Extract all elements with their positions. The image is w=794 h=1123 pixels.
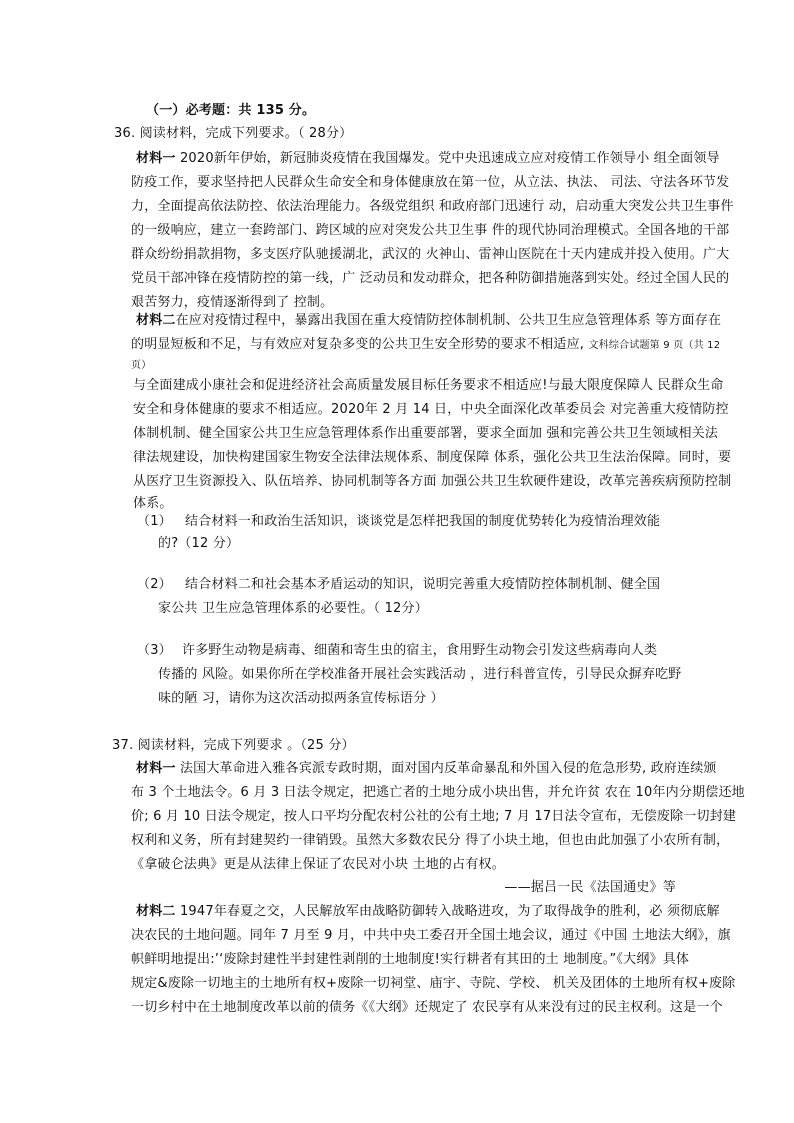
q37-material-1-line: 价; 6 月 10 日法令规定，按人口平均分配农村公社的公有土地; 7 月 17… xyxy=(131,809,736,825)
subquestion-number: （3） xyxy=(137,643,172,659)
subquestion-text: 许多野生动物是病毒、细菌和寄生虫的宿主，食用野生动物会引发这些病毒向人类 xyxy=(182,643,657,659)
q36-material-2-line-1: 材料二在应对疫情过程中，暴露出我国在重大疫情防控体制机制、公共卫生应急管理体系 … xyxy=(136,313,721,329)
q37-material-1-line-1: 材料一 法国大革命进入雅各宾派专政时期，面对国内反革命暴乱和外国入侵的危急形势,… xyxy=(136,761,717,777)
q36-material-1-line: 党员干部冲锋在疫情防控的第一线，广 泛动员和发动群众，把各种防御措施落到实处。经… xyxy=(131,271,729,287)
q36-material-2-line-2: 的明显短板和不足，与有效应对复杂多变的公共卫生安全形势的要求不相适应, 文科综合… xyxy=(131,337,720,354)
q36-material-1-line: 的一级响应，建立一套跨部门、跨区域的应对突发公共卫生事 件的现代协同治理模式。全… xyxy=(131,223,729,239)
subquestion-text: 的?（12 分） xyxy=(158,536,239,552)
q37-material-1-line: 《拿破仑法典》更是从法律上保证了农民对小块 土地的占有权。 xyxy=(131,857,505,873)
section-heading: （一）必考题：共 135 分。 xyxy=(146,103,315,119)
subquestion-number: （1） xyxy=(137,514,172,530)
material-label: 材料一 xyxy=(136,761,176,776)
q36-material-1-line: 群众纷纷捐款捐物，多支医疗队驰援湖北，武汉的 火神山、雷神山医院在十天内建成并投… xyxy=(131,247,729,263)
subquestion-text: 传播的 风险。如果你所在学校准备开展社会实践活动 ，进行科普宣传，引导民众摒弃吃… xyxy=(158,667,681,683)
question-37-title: 37. 阅读材料，完成下列要求 。（25 分） xyxy=(112,738,355,754)
q36-material-1-line: 力，全面提高依法防控、依法治理能力。各级党组织 和政府部门迅速行 动，启动重大突… xyxy=(131,199,734,215)
q36-material-2-line: 安全和身体健康的要求不相适应。2020年 2 月 14 日，中央全面深化改革委员… xyxy=(133,402,729,418)
subquestion-text: 味的陋 习，请你为这次活动拟两条宣传标语分 ） xyxy=(158,691,444,707)
subquestion-text: 结合材料二和社会基本矛盾运动的知识，说明完善重大疫情防控体制机制、健全国 xyxy=(185,577,660,593)
question-36-title: 36. 阅读材料，完成下列要求。（ 28分） xyxy=(114,126,352,142)
q37-material-2-line: 决农民的土地问题。同年 7 月至 9 月，中共中央工委召开全国土地会议，通过《中… xyxy=(131,928,731,944)
q36-material-1-line: 艰苦努力，疫情逐渐得到了 控制。 xyxy=(131,295,333,311)
page-footer-note-cont: 页） xyxy=(131,358,151,374)
q36-material-1-line-1: 材料一 2020新年伊始，新冠肺炎疫情在我国爆发。党中央迅速成立应对疫情工作领导… xyxy=(136,151,720,167)
subquestion-text: 家公共 卫生应急管理体系的必要性。（ 12分） xyxy=(158,601,428,617)
subquestion-number: （2） xyxy=(137,577,172,593)
subquestion-text: 结合材料一和政治生活知识，谈谈党是怎样把我国的制度优势转化为疫情治理效能 xyxy=(185,514,660,530)
q36-material-2-line: 律法规建设，加快构建国家生物安全法律法规体系、制度保障 体系，强化公共卫生法治保… xyxy=(133,450,731,466)
q37-material-2-line: 规定&废除一切地主的土地所有权+废除一切祠堂、庙宇、寺院、学校、 机关及团体的土… xyxy=(131,976,735,992)
q36-material-2-line: 体制机制、健全国家公共卫生应急管理体系作出重要部署，要求全面加 强和完善公共卫生… xyxy=(133,426,718,442)
material-label: 材料二 xyxy=(136,313,176,328)
q36-material-2-line: 与全面建成小康社会和促进经济社会高质量发展目标任务要求不相适应!与最大限度保障人… xyxy=(133,378,724,394)
q37-material-1-line: 权利和义务，所有封建契约一律销毁。虽然大多数农民分 得了小块土地，但也由此加强了… xyxy=(131,833,729,849)
page-footer-note: 文科综合试题第 9 页（共 12 xyxy=(588,340,720,351)
q37-material-2-line: 帜鲜明地提出:’‘废除封建性半封建性剥削的土地制度!实行耕者有其田的土 地制度。… xyxy=(131,952,689,968)
material-label: 材料一 xyxy=(136,151,176,166)
q37-material-2-line-1: 材料二 1947年春夏之交，人民解放军由战略防御转入战略进攻，为了取得战争的胜利… xyxy=(136,904,720,920)
q37-material-1-line: 布 3 个土地法令。6 月 3 日法令规定，把逃亡者的土地分成小块出售，并允许贫… xyxy=(131,785,745,801)
source-citation: ——据吕一民《法国通史》等 xyxy=(504,880,676,896)
q36-material-2-line: 从医疗卫生资源投入、队伍培养、协同机制等各方面 加强公共卫生软硬件建设，改革完善… xyxy=(133,474,731,490)
q37-material-2-line: 一切乡村中在土地制度改革以前的债务《《大纲》还规定了 农民享有从来没有过的民主权… xyxy=(131,1000,723,1016)
q36-material-1-line: 防疫工作，要求坚持把人民群众生命安全和身体健康放在第一位，从立法、执法、 司法、… xyxy=(131,175,729,191)
material-label: 材料二 xyxy=(136,904,176,919)
q36-material-2-line: 体系。 xyxy=(133,496,173,512)
